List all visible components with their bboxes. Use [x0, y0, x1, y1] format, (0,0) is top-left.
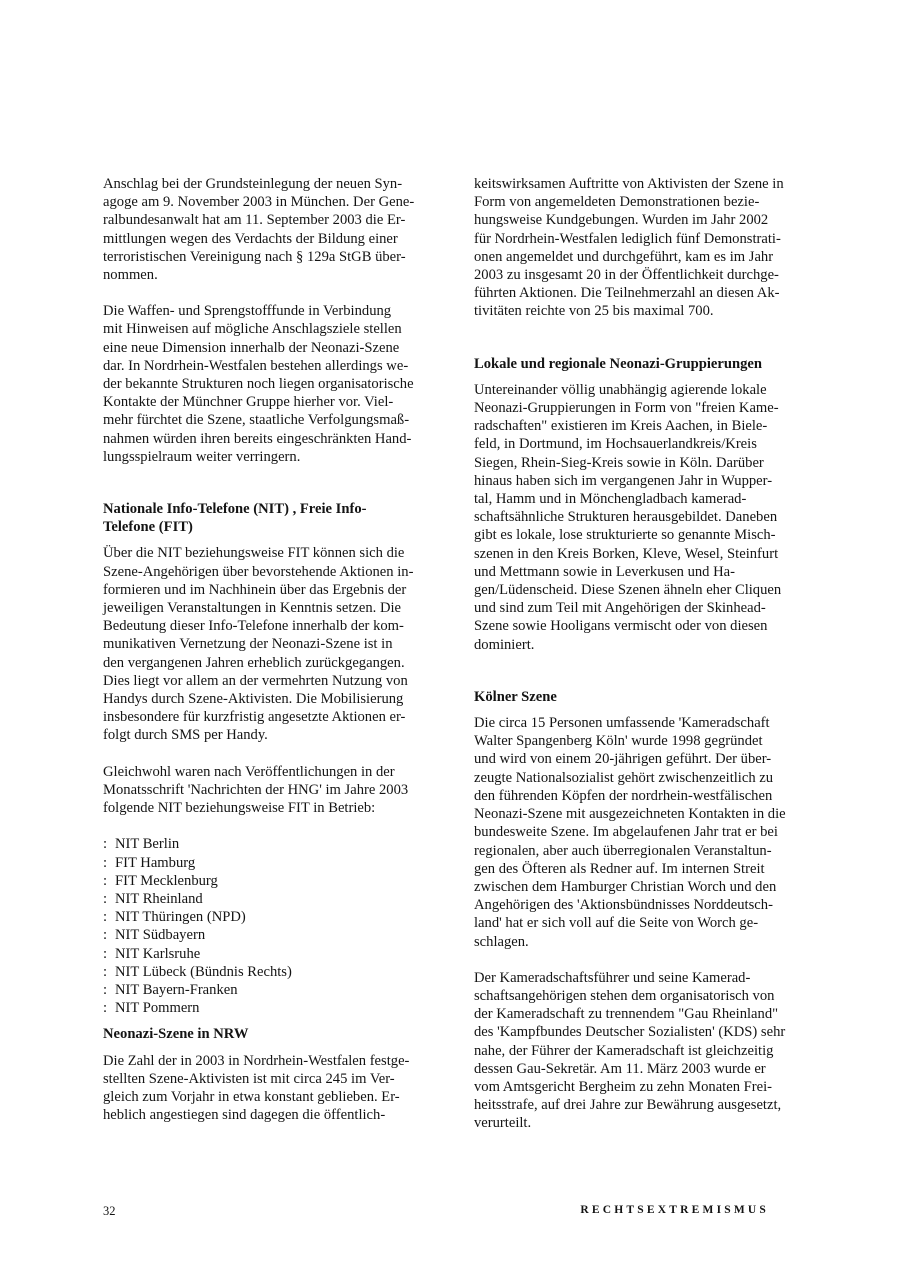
text-line: hinaus haben sich im vergangenen Jahr in… — [474, 472, 809, 490]
list-bullet: : — [103, 963, 115, 981]
list-item-text: FIT Hamburg — [115, 855, 195, 871]
nit-fit-list: :NIT Berlin :FIT Hamburg :FIT Mecklenbur… — [103, 835, 433, 1017]
text-line: nommen. — [103, 266, 433, 284]
text-line: zwischen dem Hamburger Christian Worch u… — [474, 878, 809, 896]
list-bullet: : — [103, 981, 115, 999]
list-bullet: : — [103, 999, 115, 1017]
text-line: terroristischen Vereinigung nach § 129a … — [103, 248, 433, 266]
list-bullet: : — [103, 835, 115, 853]
paragraph-hng: Gleichwohl waren nach Veröffentlichungen… — [103, 763, 433, 818]
text-line: zeugte Nationalsozialist gehört zwischen… — [474, 769, 809, 787]
text-line: Monatsschrift 'Nachrichten der HNG' im J… — [103, 781, 433, 799]
text-line: ralbundesanwalt hat am 11. September 200… — [103, 211, 433, 229]
text-line: schaftsähnliche Strukturen herausgebilde… — [474, 508, 809, 526]
paragraph-waffenfunde: Die Waffen- und Sprengstofffunde in Verb… — [103, 302, 433, 466]
text-line: und wird von einem 20-jährigen geführt. … — [474, 750, 809, 768]
heading-line: Nationale Info-Telefone (NIT) , Freie In… — [103, 500, 433, 518]
text-line: gen des Öfteren als Redner auf. Im inter… — [474, 860, 809, 878]
right-column: keitswirksamen Auftritte von Aktivisten … — [474, 175, 809, 1133]
text-line: munikativen Vernetzung der Neonazi-Szene… — [103, 635, 433, 653]
heading-lokale-gruppierungen: Lokale und regionale Neonazi-Gruppierung… — [474, 355, 809, 373]
text-line: Siegen, Rhein-Sieg-Kreis sowie in Köln. … — [474, 454, 809, 472]
text-line: verurteilt. — [474, 1114, 809, 1132]
paragraph-kameradschaften: Untereinander völlig unabhängig agierend… — [474, 381, 809, 654]
text-line: Untereinander völlig unabhängig agierend… — [474, 381, 809, 399]
text-line: Die Zahl der in 2003 in Nordrhein-Westfa… — [103, 1052, 433, 1070]
list-item-text: NIT Pommern — [115, 1000, 199, 1016]
text-line: lungsspielraum weiter verringern. — [103, 448, 433, 466]
heading-neonazi-nrw: Neonazi-Szene in NRW — [103, 1025, 433, 1043]
text-line: folgende NIT beziehungsweise FIT in Betr… — [103, 799, 433, 817]
text-line: Der Kameradschaftsführer und seine Kamer… — [474, 969, 809, 987]
list-item: :NIT Lübeck (Bündnis Rechts) — [103, 963, 433, 981]
text-line: nahe, der Führer der Kameradschaft ist g… — [474, 1042, 809, 1060]
text-line: der bekannte Strukturen noch liegen orga… — [103, 375, 433, 393]
text-line: dominiert. — [474, 636, 809, 654]
text-line: schlagen. — [474, 933, 809, 951]
list-item: :NIT Südbayern — [103, 926, 433, 944]
text-line: Neonazi-Szene mit ausgezeichneten Kontak… — [474, 805, 809, 823]
text-line: onen angemeldet und durchgeführt, kam es… — [474, 248, 809, 266]
list-item: :NIT Thüringen (NPD) — [103, 908, 433, 926]
text-line: für Nordrhein-Westfalen lediglich fünf D… — [474, 230, 809, 248]
list-item-text: NIT Thüringen (NPD) — [115, 909, 246, 925]
list-item-text: NIT Rheinland — [115, 891, 203, 907]
list-item: :FIT Hamburg — [103, 854, 433, 872]
text-line: mit Hinweisen auf mögliche Anschlagsziel… — [103, 320, 433, 338]
text-line: dar. In Nordrhein-Westfalen bestehen all… — [103, 357, 433, 375]
text-line: radschaften" existieren im Kreis Aachen,… — [474, 417, 809, 435]
text-line: formieren und im Nachhinein über das Erg… — [103, 581, 433, 599]
text-line: 2003 zu insgesamt 20 in der Öffentlichke… — [474, 266, 809, 284]
heading-koelner-szene: Kölner Szene — [474, 688, 809, 706]
list-bullet: : — [103, 908, 115, 926]
heading-info-telefone: Nationale Info-Telefone (NIT) , Freie In… — [103, 500, 433, 536]
text-line: Dies liegt vor allem an der vermehrten N… — [103, 672, 433, 690]
text-line: eine neue Dimension innerhalb der Neonaz… — [103, 339, 433, 357]
text-line: Gleichwohl waren nach Veröffentlichungen… — [103, 763, 433, 781]
text-line: szenen in den Kreis Borken, Kleve, Wesel… — [474, 545, 809, 563]
text-line: folgt durch SMS per Handy. — [103, 726, 433, 744]
text-line: regionalen, aber auch überregionalen Ver… — [474, 842, 809, 860]
text-line: Die Waffen- und Sprengstofffunde in Verb… — [103, 302, 433, 320]
text-line: den führenden Köpfen der nordrhein-westf… — [474, 787, 809, 805]
text-line: heblich angestiegen sind dagegen die öff… — [103, 1106, 433, 1124]
text-line: Bedeutung dieser Info-Telefone innerhalb… — [103, 617, 433, 635]
text-line: tal, Hamm und in Mönchengladbach kamerad… — [474, 490, 809, 508]
list-bullet: : — [103, 890, 115, 908]
running-title: RECHTSEXTREMISMUS — [580, 1204, 769, 1216]
text-line: vom Amtsgericht Bergheim zu zehn Monaten… — [474, 1078, 809, 1096]
text-line: den vergangenen Jahren erheblich zurückg… — [103, 654, 433, 672]
text-line: Form von angemeldeten Demonstrationen be… — [474, 193, 809, 211]
text-line: mehr fürchtet die Szene, staatliche Verf… — [103, 411, 433, 429]
text-line: Die circa 15 Personen umfassende 'Kamera… — [474, 714, 809, 732]
text-line: Walter Spangenberg Köln' wurde 1998 gegr… — [474, 732, 809, 750]
text-line: führten Aktionen. Die Teilnehmerzahl an … — [474, 284, 809, 302]
text-line: Anschlag bei der Grundsteinlegung der ne… — [103, 175, 433, 193]
text-line: jeweiligen Veranstaltungen in Kenntnis s… — [103, 599, 433, 617]
list-bullet: : — [103, 926, 115, 944]
text-line: bundesweite Szene. Im abgelaufenen Jahr … — [474, 823, 809, 841]
list-item: :NIT Pommern — [103, 999, 433, 1017]
text-line: gen/Lüdenscheid. Diese Szenen ähneln ehe… — [474, 581, 809, 599]
paragraph-auftritte: keitswirksamen Auftritte von Aktivisten … — [474, 175, 809, 321]
text-line: Über die NIT beziehungsweise FIT können … — [103, 544, 433, 562]
text-line: Handys durch Szene-Aktivisten. Die Mobil… — [103, 690, 433, 708]
paragraph-szene-aktivisten: Die Zahl der in 2003 in Nordrhein-Westfa… — [103, 1052, 433, 1125]
text-line: Angehörigen des 'Aktionsbündnisses Nordd… — [474, 896, 809, 914]
paragraph-anschlag: Anschlag bei der Grundsteinlegung der ne… — [103, 175, 433, 284]
list-item: :NIT Bayern-Franken — [103, 981, 433, 999]
text-line: mittlungen wegen des Verdachts der Bildu… — [103, 230, 433, 248]
list-bullet: : — [103, 854, 115, 872]
paragraph-nit-fit: Über die NIT beziehungsweise FIT können … — [103, 544, 433, 744]
text-line: feld, in Dortmund, im Hochsauerlandkreis… — [474, 435, 809, 453]
page-number: 32 — [103, 1204, 116, 1219]
heading-line: Telefone (FIT) — [103, 518, 433, 536]
text-line: Neonazi-Gruppierungen in Form von "freie… — [474, 399, 809, 417]
list-item-text: NIT Bayern-Franken — [115, 982, 238, 998]
text-line: dessen Gau-Sekretär. Am 11. März 2003 wu… — [474, 1060, 809, 1078]
paragraph-kameradschaft-koeln: Die circa 15 Personen umfassende 'Kamera… — [474, 714, 809, 951]
list-item-text: NIT Berlin — [115, 836, 179, 852]
list-bullet: : — [103, 945, 115, 963]
list-item-text: FIT Mecklenburg — [115, 873, 218, 889]
text-line: und sind zum Teil mit Angehörigen der Sk… — [474, 599, 809, 617]
left-column: Anschlag bei der Grundsteinlegung der ne… — [103, 175, 433, 1124]
text-line: schaftsangehörigen stehen dem organisato… — [474, 987, 809, 1005]
text-line: tivitäten reichte von 25 bis maximal 700… — [474, 302, 809, 320]
text-line: land' hat er sich voll auf die Seite von… — [474, 914, 809, 932]
text-line: des 'Kampfbundes Deutscher Sozialisten' … — [474, 1023, 809, 1041]
list-item: :NIT Rheinland — [103, 890, 433, 908]
text-line: und Mettmann sowie in Leverkusen und Ha- — [474, 563, 809, 581]
text-line: Szene-Angehörigen über bevorstehende Akt… — [103, 563, 433, 581]
text-line: Kontakte der Münchner Gruppe hierher vor… — [103, 393, 433, 411]
text-line: insbesondere für kurzfristig angesetzte … — [103, 708, 433, 726]
text-line: heitsstrafe, auf drei Jahre zur Bewährun… — [474, 1096, 809, 1114]
list-bullet: : — [103, 872, 115, 890]
text-line: keitswirksamen Auftritte von Aktivisten … — [474, 175, 809, 193]
text-line: gibt es lokale, lose strukturierte so ge… — [474, 526, 809, 544]
list-item-text: NIT Lübeck (Bündnis Rechts) — [115, 964, 292, 980]
text-line: nahmen würden ihren bereits eingeschränk… — [103, 430, 433, 448]
text-line: gleich zum Vorjahr in etwa konstant gebl… — [103, 1088, 433, 1106]
list-item: :NIT Karlsruhe — [103, 945, 433, 963]
paragraph-kameradschaftsfuehrer: Der Kameradschaftsführer und seine Kamer… — [474, 969, 809, 1133]
text-line: agoge am 9. November 2003 in München. De… — [103, 193, 433, 211]
list-item: :NIT Berlin — [103, 835, 433, 853]
text-line: Szene sowie Hooligans vermischt oder von… — [474, 617, 809, 635]
list-item: :FIT Mecklenburg — [103, 872, 433, 890]
text-line: stellten Szene-Aktivisten ist mit circa … — [103, 1070, 433, 1088]
text-line: hungsweise Kundgebungen. Wurden im Jahr … — [474, 211, 809, 229]
list-item-text: NIT Karlsruhe — [115, 946, 200, 962]
list-item-text: NIT Südbayern — [115, 927, 205, 943]
text-line: der Kameradschaft zu trennendem "Gau Rhe… — [474, 1005, 809, 1023]
